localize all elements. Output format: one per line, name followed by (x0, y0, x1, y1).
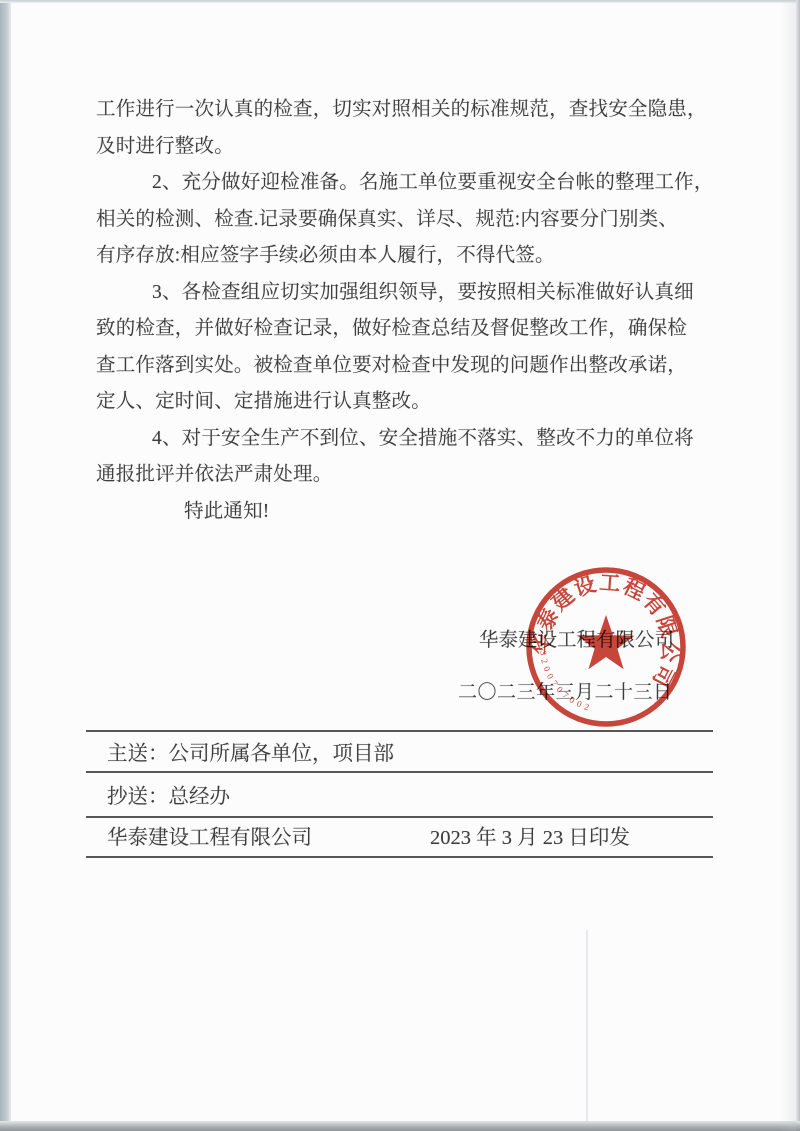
body-line: 致的检查，并做好检查记录，做好检查总结及督促整改工作，确保检 (96, 311, 708, 348)
scan-edge-bottom (0, 1121, 800, 1131)
body-line: 相关的检测、检查.记录要确保真实、详尽、规范:内容要分门别类、 (96, 202, 708, 239)
scan-shadow-right (780, 0, 796, 1131)
body-line: 工作进行一次认真的检查，切实对照相关的标准规范，查找安全隐患， (96, 92, 708, 129)
seal-code-text: 3200707002 (538, 650, 594, 713)
seal-star (578, 615, 635, 669)
notice-body: 工作进行一次认真的检查，切实对照相关的标准规范，查找安全隐患，及时进行整改。2、… (96, 92, 708, 530)
body-line: 特此通知! (96, 494, 708, 531)
body-line: 查工作落到实处。被检查单位要对检查中发现的问题作出整改承诺， (96, 348, 708, 385)
body-line: 3、各检查组应切实加强组织领导，要按照相关标准做好认真细 (96, 275, 708, 312)
scan-edge-top (0, 0, 800, 3)
footer-row-main-recipients: 主送：公司所属各单位，项目部 (107, 737, 394, 771)
body-line: 2、充分做好迎检准备。名施工单位要重视安全台帐的整理工作， (96, 165, 708, 202)
footer-divider-2 (86, 771, 713, 773)
footer-divider-4 (86, 856, 713, 858)
body-line: 通报批评并依法严肃处理。 (96, 457, 708, 494)
footer-row-issue-date: 2023 年 3 月 23 日印发 (430, 821, 630, 855)
body-line: 4、对于安全生产不到位、安全措施不落实、整改不力的单位将 (96, 421, 708, 458)
scan-edge-right (796, 0, 800, 1131)
body-line: 有序存放:相应签字手续必须由本人履行，不得代签。 (96, 238, 708, 275)
footer-row-issuer: 华泰建设工程有限公司 (107, 821, 312, 855)
seal-code-arc: 3200707002 (538, 650, 594, 713)
scan-edge-left (0, 0, 11, 1131)
body-line: 及时进行整改。 (96, 129, 708, 166)
scanned-notice-page: 工作进行一次认真的检查，切实对照相关的标准规范，查找安全隐患，及时进行整改。2、… (0, 0, 800, 1131)
footer-row-copy-recipients: 抄送：总经办 (107, 780, 230, 814)
footer-divider-1 (86, 730, 713, 732)
footer-divider-3 (86, 816, 713, 818)
body-line: 定人、定时间、定措施进行认真整改。 (96, 384, 708, 421)
scan-crease (586, 930, 588, 1122)
official-seal-icon: 华泰建设工程有限公司 3200707002 (514, 555, 698, 739)
